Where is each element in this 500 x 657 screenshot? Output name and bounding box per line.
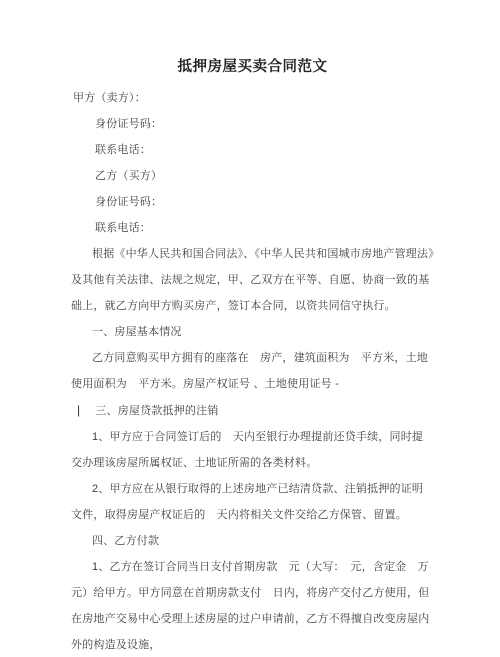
section-heading-4: 四、乙方付款 xyxy=(71,528,434,554)
section-heading-3-label: 三、房屋贷款抵押的注销 xyxy=(95,405,218,417)
party-a-label: 甲方（卖方）： xyxy=(71,85,434,111)
preamble-paragraph: 根据《中华人民共和国合同法》、《中华人民共和国城市房地产管理法》及其他有关法律、… xyxy=(71,241,434,319)
clause-4-1-paragraph: 1、乙方在签订合同当日支付首期房款 元（大写： 元，含定金 万元）给甲方。甲方同… xyxy=(71,554,434,657)
id-number-label-party-a: 身份证号码： xyxy=(71,111,434,137)
clause-3-1-paragraph: 1、甲方应于合同签订后的 天内至银行办理提前还贷手续，同时提交办理该房屋所属权证… xyxy=(71,424,434,476)
text-cursor-bar: | xyxy=(77,397,80,423)
document-page: 抵押房屋买卖合同范文 甲方（卖方）： 身份证号码： 联系电话： 乙方（买方） 身… xyxy=(0,0,500,657)
house-basic-info-paragraph: 乙方同意购买甲方拥有的座落在 房产，建筑面积为 平方米，土地使用面积为 平方米。… xyxy=(71,345,434,397)
section-heading-1: 一、房屋基本情况 xyxy=(71,319,434,345)
section-heading-3: |三、房屋贷款抵押的注销 xyxy=(71,397,434,424)
clause-3-2-paragraph: 2、甲方应在从银行取得的上述房地产已结清贷款、注销抵押的证明文件，取得房屋产权证… xyxy=(71,476,434,528)
party-b-label: 乙方（买方） xyxy=(71,163,434,189)
id-number-label-party-b: 身份证号码： xyxy=(71,189,434,215)
phone-label-party-b: 联系电话： xyxy=(71,215,434,241)
document-title: 抵押房屋买卖合同范文 xyxy=(71,57,434,77)
phone-label-party-a: 联系电话： xyxy=(71,137,434,163)
